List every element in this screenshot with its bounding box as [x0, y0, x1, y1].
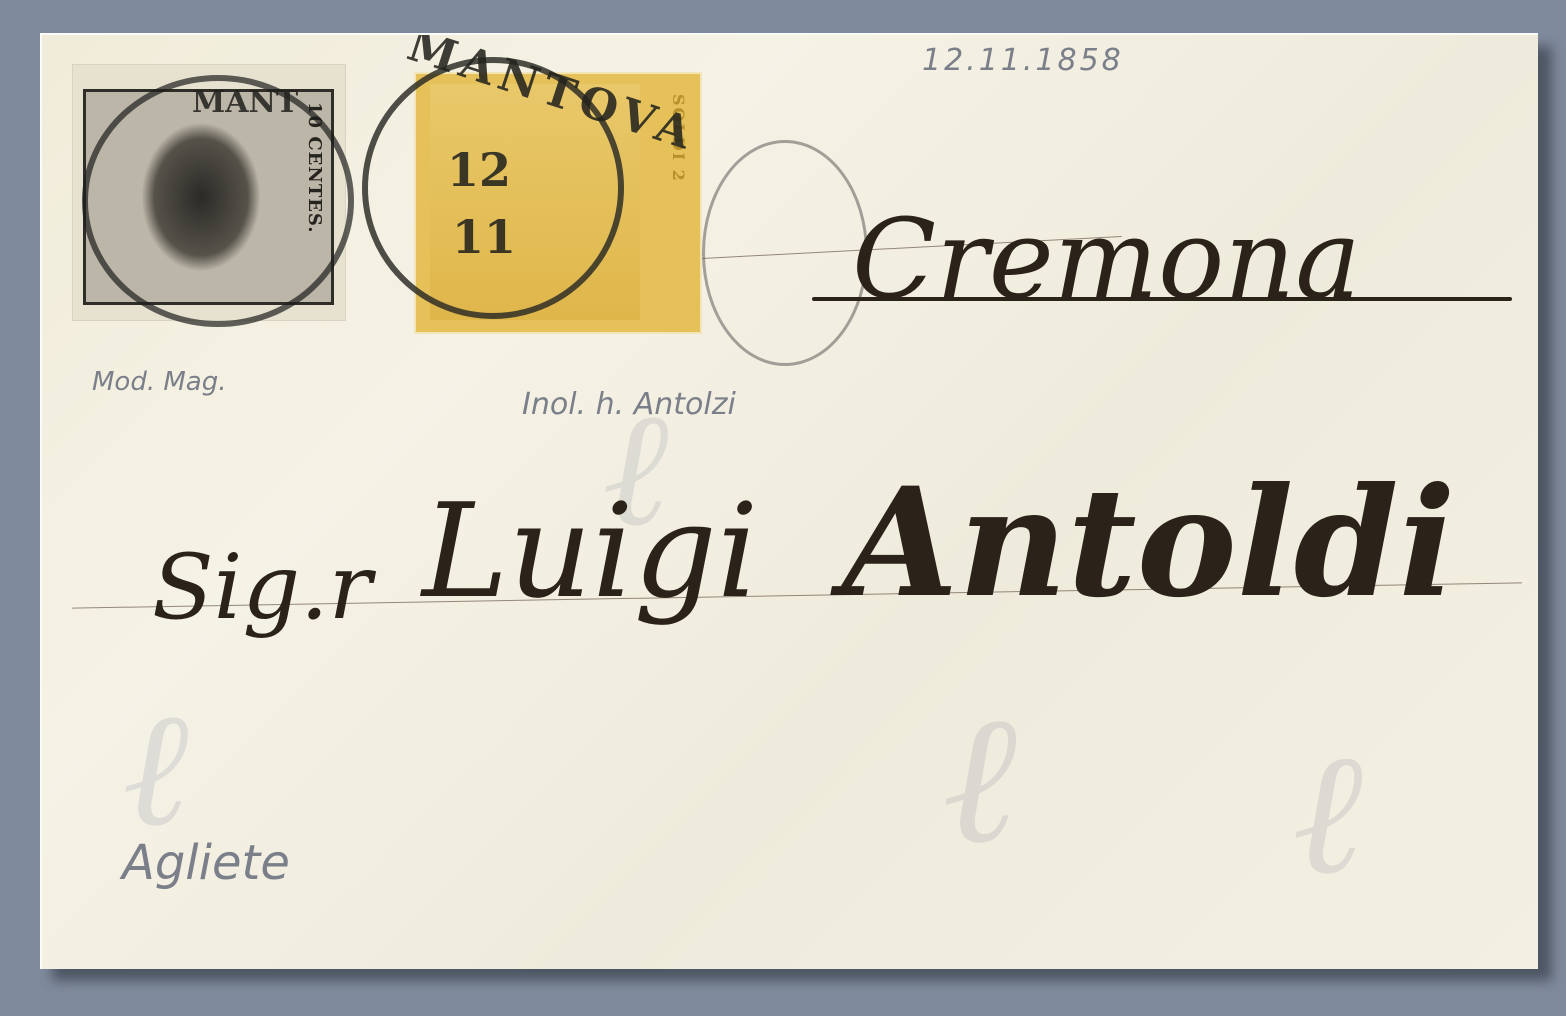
postmark-day: 12 [447, 143, 511, 197]
pencil-date: 12.11.1858 [922, 43, 1124, 78]
addressee-first-name: Luigi [422, 475, 758, 627]
show-through-writing: ℓ [942, 675, 1017, 884]
addressee-title: Sig.r [152, 535, 372, 640]
destination-underline [812, 297, 1512, 301]
postmark-partial-town: MANT [192, 85, 298, 120]
pencil-note: Mod. Mag. [92, 367, 227, 397]
show-through-writing: ℓ [1292, 715, 1363, 913]
destination-city: Cremona [852, 195, 1361, 323]
pencil-note: Inol. h. Antolzi [522, 387, 736, 422]
addressee-surname: Antoldi [842, 455, 1456, 631]
postmark-month: 11 [452, 210, 516, 264]
pencil-note: Agliete [122, 835, 290, 891]
letter-cover: ℓ ℓ ℓ ℓ 12.11.1858 10 CENTES. MANT SOLDI… [40, 33, 1538, 969]
